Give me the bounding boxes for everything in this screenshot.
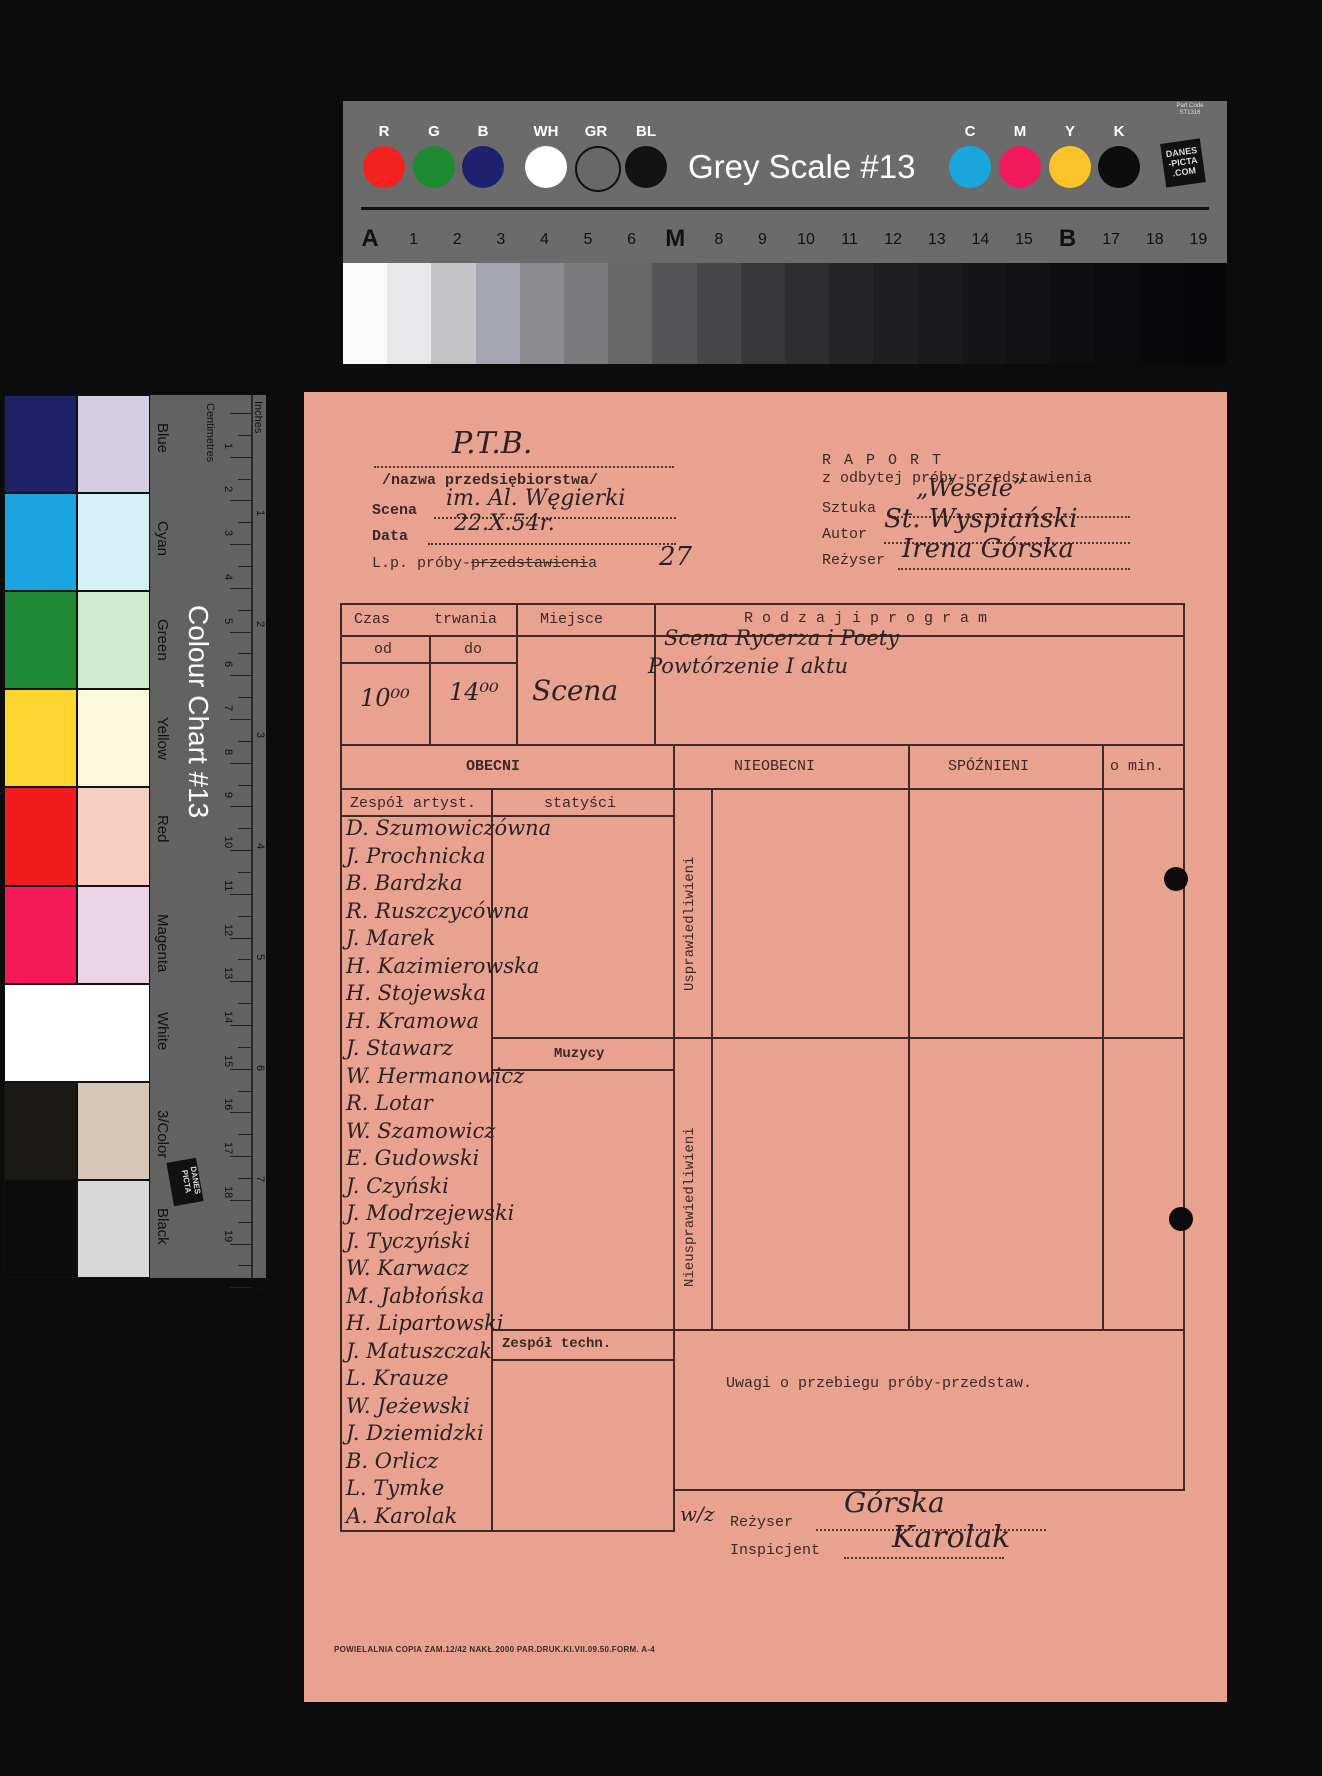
patch-magenta-dark bbox=[4, 886, 77, 984]
patch-cyan-dark bbox=[4, 493, 77, 591]
od-value: 10⁰⁰ bbox=[360, 684, 410, 712]
swatch-c bbox=[949, 146, 991, 188]
grey-patch bbox=[829, 263, 873, 364]
statysci-label: statyści bbox=[544, 795, 616, 812]
sztuka-label: Sztuka bbox=[822, 500, 876, 517]
cast-member: B. Bardzka bbox=[346, 871, 463, 895]
patch-green-light bbox=[77, 591, 150, 689]
rezyser-label: Reżyser bbox=[822, 552, 885, 569]
ruler-tick bbox=[230, 1200, 251, 1201]
print-footer: POWIELALNIA COPIA ZAM.12/42 NAKŁ.2000 PA… bbox=[334, 1645, 655, 1654]
ruler-tick bbox=[238, 1222, 251, 1223]
ruler-tick bbox=[230, 719, 251, 720]
data-label: Data bbox=[372, 528, 408, 545]
nieusprawiedliwieni-label: Nieusprawiedliwieni bbox=[682, 1092, 698, 1322]
cm-mark: 8 bbox=[222, 749, 234, 755]
inch-mark: 5 bbox=[254, 954, 266, 960]
ruler-tick bbox=[238, 435, 251, 436]
grey-patch bbox=[1139, 263, 1183, 364]
grey-patch bbox=[608, 263, 652, 364]
ruler-tick bbox=[238, 1178, 251, 1179]
swatch-label: R bbox=[363, 123, 405, 140]
ruler-tick bbox=[230, 1287, 251, 1288]
scale-label: 13 bbox=[922, 231, 952, 249]
zespol-artyst-label: Zespół artyst. bbox=[350, 795, 476, 812]
swatch-label: BL bbox=[625, 123, 667, 140]
ruler-tick bbox=[230, 413, 251, 414]
cm-mark: 13 bbox=[222, 967, 234, 979]
cm-mark: 7 bbox=[222, 705, 234, 711]
cm-mark: 3 bbox=[222, 530, 234, 536]
swatch-label: Y bbox=[1049, 123, 1091, 140]
cm-mark: 6 bbox=[222, 661, 234, 667]
colour-label: 3/Color bbox=[154, 1110, 171, 1158]
ruler-tick bbox=[230, 1025, 251, 1026]
inch-mark: 3 bbox=[254, 732, 266, 738]
cm-mark: 18 bbox=[222, 1186, 234, 1198]
cast-member: J. Marek bbox=[346, 926, 435, 950]
dotted-line bbox=[374, 466, 674, 468]
cm-mark: 14 bbox=[222, 1011, 234, 1023]
swatch-label: M bbox=[999, 123, 1041, 140]
o-min-label: o min. bbox=[1110, 758, 1164, 775]
part-code: Part Code ST1316 bbox=[1155, 103, 1225, 117]
ruler-tick bbox=[230, 500, 251, 501]
scale-label: M bbox=[660, 225, 690, 253]
units-inches: Inches bbox=[252, 401, 264, 433]
colour-patches bbox=[4, 395, 150, 1278]
lp-label: L.p. próby-przedstawienia bbox=[372, 555, 597, 572]
cm-mark: 19 bbox=[222, 1230, 234, 1242]
cast-member: E. Gudowski bbox=[346, 1146, 479, 1170]
inspicjent-signature-label: Inspicjent bbox=[730, 1542, 820, 1559]
grey-patch bbox=[785, 263, 829, 364]
swatch-bl bbox=[625, 146, 667, 188]
miejsce-label: Miejsce bbox=[540, 611, 603, 628]
scale-label: 14 bbox=[965, 231, 995, 249]
lp-value: 27 bbox=[659, 542, 692, 572]
scale-label: 4 bbox=[529, 231, 559, 249]
swatch-k bbox=[1098, 146, 1140, 188]
ruler-tick bbox=[230, 632, 251, 633]
colour-label: Green bbox=[154, 619, 171, 661]
spoznieni-label: SPÓŹNIENI bbox=[948, 758, 1029, 775]
colour-label: Black bbox=[154, 1208, 171, 1245]
swatch-label: G bbox=[413, 123, 455, 140]
grey-patch bbox=[962, 263, 1006, 364]
cm-mark: 17 bbox=[222, 1142, 234, 1154]
swatch-b bbox=[462, 146, 504, 188]
cast-member: H. Stojewska bbox=[346, 981, 486, 1005]
cast-member: W. Jeżewski bbox=[346, 1394, 470, 1418]
inch-mark: 7 bbox=[254, 1176, 266, 1182]
ruler-tick bbox=[230, 1156, 251, 1157]
swatch-m bbox=[999, 146, 1041, 188]
swatch-label: GR bbox=[575, 123, 617, 140]
cm-mark: 9 bbox=[222, 792, 234, 798]
ruler-tick bbox=[238, 785, 251, 786]
divider-line bbox=[361, 207, 1209, 210]
cast-member: W. Szamowicz bbox=[346, 1119, 495, 1143]
grey-patch bbox=[476, 263, 520, 364]
cm-mark: 10 bbox=[222, 836, 234, 848]
sztuka-value: „Wesele” bbox=[916, 474, 1025, 502]
scale-label: 3 bbox=[486, 231, 516, 249]
uwagi-label: Uwagi o przebiegu próby-przedstaw. bbox=[726, 1375, 1032, 1392]
cast-member: H. Lipartowski bbox=[346, 1311, 504, 1335]
swatch-label: C bbox=[949, 123, 991, 140]
ruler-tick bbox=[230, 806, 251, 807]
grey-patch bbox=[1094, 263, 1138, 364]
grey-patch bbox=[918, 263, 962, 364]
ruler-tick bbox=[238, 610, 251, 611]
cast-member: J. Czyński bbox=[346, 1174, 449, 1198]
ruler-tick bbox=[230, 588, 251, 589]
grey-scale-title: Grey Scale #13 bbox=[688, 148, 915, 186]
ruler-tick bbox=[230, 938, 251, 939]
grey-patch bbox=[431, 263, 475, 364]
patch-yellow-dark bbox=[4, 689, 77, 787]
swatch-label: WH bbox=[525, 123, 567, 140]
cm-mark: 15 bbox=[222, 1055, 234, 1067]
ruler-tick bbox=[238, 872, 251, 873]
cast-member: W. Karwacz bbox=[346, 1256, 469, 1280]
ruler-tick bbox=[238, 959, 251, 960]
grey-patch bbox=[1006, 263, 1050, 364]
patch-3-color-dark bbox=[4, 1082, 77, 1180]
do-value: 14⁰⁰ bbox=[449, 678, 499, 706]
inch-mark: 2 bbox=[254, 621, 266, 627]
ruler-tick bbox=[230, 544, 251, 545]
scale-label: 11 bbox=[835, 231, 865, 249]
cast-member: J. Dziemidzki bbox=[346, 1421, 484, 1445]
ruler-tick bbox=[238, 479, 251, 480]
ruler-tick bbox=[238, 566, 251, 567]
colour-label: White bbox=[154, 1012, 171, 1050]
colour-chart-title: Colour Chart #13 bbox=[182, 605, 214, 818]
grey-patch bbox=[1050, 263, 1094, 364]
units-centimetres: Centimetres bbox=[204, 403, 216, 462]
dotted-line bbox=[898, 568, 1130, 570]
colour-label: Blue bbox=[154, 423, 171, 453]
ruler-tick bbox=[238, 828, 251, 829]
cast-member: J. Modrzejewski bbox=[346, 1201, 514, 1225]
inch-mark: 4 bbox=[254, 843, 266, 849]
swatch-r bbox=[363, 146, 405, 188]
grey-patch bbox=[520, 263, 564, 364]
rehearsal-report-sheet: P.T.B. /nazwa przedsiębiorstwa/ Scena im… bbox=[304, 392, 1227, 1702]
grey-patch bbox=[652, 263, 696, 364]
usprawiedliwieni-label: Usprawiedliwieni bbox=[682, 824, 698, 1024]
company-value: P.T.B. bbox=[452, 426, 532, 461]
scena-value: im. Al. Węgierki bbox=[446, 486, 625, 511]
ruler-tick bbox=[230, 894, 251, 895]
rezyser-signature: Górska bbox=[844, 1486, 945, 1519]
colour-label: Red bbox=[154, 815, 171, 843]
data-value: 22.X.54r. bbox=[454, 511, 555, 536]
scale-label: A bbox=[355, 225, 385, 253]
cast-member: L. Tymke bbox=[346, 1476, 444, 1500]
ruler-tick bbox=[230, 1112, 251, 1113]
program-line-2: Powtórzenie I aktu bbox=[648, 654, 848, 678]
grey-patch bbox=[564, 263, 608, 364]
rezyser-signature-label: Reżyser bbox=[730, 1514, 793, 1531]
scale-label: 9 bbox=[747, 231, 777, 249]
grey-patch bbox=[697, 263, 741, 364]
patch-3-color-light bbox=[77, 1082, 150, 1180]
cm-mark: 12 bbox=[222, 924, 234, 936]
od-label: od bbox=[374, 641, 392, 658]
swatch-label: B bbox=[462, 123, 504, 140]
nieobecni-label: NIEOBECNI bbox=[734, 758, 815, 775]
cast-member: H. Kramowa bbox=[346, 1009, 479, 1033]
swatch-y bbox=[1049, 146, 1091, 188]
ruler-tick bbox=[230, 850, 251, 851]
scale-label: 12 bbox=[878, 231, 908, 249]
scale-label: B bbox=[1053, 225, 1083, 253]
patch-magenta-light bbox=[77, 886, 150, 984]
ruler-tick bbox=[238, 1265, 251, 1266]
scale-label: 2 bbox=[442, 231, 472, 249]
patch-black-dark bbox=[4, 1180, 77, 1278]
ruler-tick bbox=[230, 763, 251, 764]
cast-member: H. Kazimierowska bbox=[346, 954, 539, 978]
czas-label: Czas bbox=[354, 611, 390, 628]
grey-scale-strip bbox=[343, 263, 1227, 364]
cast-member: L. Krauze bbox=[346, 1366, 449, 1390]
ruler-tick bbox=[230, 1244, 251, 1245]
colour-label: Yellow bbox=[154, 717, 171, 760]
autor-label: Autor bbox=[822, 526, 867, 543]
patch-blue-light bbox=[77, 395, 150, 493]
cast-member: W. Hermanowicz bbox=[346, 1064, 524, 1088]
swatch-g bbox=[413, 146, 455, 188]
danes-picta-logo: DANES -PICTA .COM bbox=[1160, 138, 1206, 187]
scale-label: 10 bbox=[791, 231, 821, 249]
scale-label: 6 bbox=[617, 231, 647, 249]
report-title: R A P O R T bbox=[822, 452, 943, 469]
patch-white bbox=[4, 984, 150, 1082]
scale-label: 19 bbox=[1183, 231, 1213, 249]
scale-label: 1 bbox=[399, 231, 429, 249]
punch-hole bbox=[1164, 867, 1188, 891]
muzycy-label: Muzycy bbox=[554, 1046, 604, 1062]
patch-green-dark bbox=[4, 591, 77, 689]
ruler-tick bbox=[238, 522, 251, 523]
cm-mark: 1 bbox=[222, 443, 234, 449]
cast-member: J. Tyczyński bbox=[346, 1229, 470, 1253]
patch-cyan-light bbox=[77, 493, 150, 591]
patch-red-dark bbox=[4, 787, 77, 885]
cast-member: J. Prochnicka bbox=[346, 844, 485, 868]
ruler-tick bbox=[238, 916, 251, 917]
do-label: do bbox=[464, 641, 482, 658]
inch-mark: 1 bbox=[254, 510, 266, 516]
rezyser-value: Irena Górska bbox=[902, 534, 1074, 564]
cm-mark: 5 bbox=[222, 618, 234, 624]
autor-value: St. Wyspiański bbox=[884, 504, 1078, 534]
ruler-tick bbox=[238, 1047, 251, 1048]
ruler-tick bbox=[238, 1091, 251, 1092]
cast-member: J. Stawarz bbox=[346, 1036, 453, 1060]
grey-patch bbox=[387, 263, 431, 364]
cast-member: A. Karolak bbox=[346, 1504, 457, 1528]
obecni-label: OBECNI bbox=[466, 758, 520, 775]
scale-label: 8 bbox=[704, 231, 734, 249]
scale-label: 18 bbox=[1140, 231, 1170, 249]
ruler-edge bbox=[251, 395, 253, 1278]
ruler-tick bbox=[238, 1003, 251, 1004]
cast-member: R. Lotar bbox=[346, 1091, 433, 1115]
patch-blue-dark bbox=[4, 395, 77, 493]
ruler-tick bbox=[230, 1069, 251, 1070]
zespol-techn-label: Zespół techn. bbox=[502, 1336, 611, 1352]
grey-scale-card: RGBWHGRBLCMYK Grey Scale #13 Part Code S… bbox=[343, 101, 1227, 364]
scale-label: 17 bbox=[1096, 231, 1126, 249]
cast-member: R. Ruszczycówna bbox=[346, 899, 529, 923]
swatch-label: K bbox=[1098, 123, 1140, 140]
swatch-gr bbox=[575, 146, 621, 192]
miejsce-value: Scena bbox=[532, 674, 618, 707]
patch-black-light bbox=[77, 1180, 150, 1278]
ruler-tick bbox=[238, 697, 251, 698]
cm-mark: 16 bbox=[222, 1098, 234, 1110]
inch-mark: 6 bbox=[254, 1065, 266, 1071]
swatch-wh bbox=[525, 146, 567, 188]
ruler-tick bbox=[230, 981, 251, 982]
cast-member: J. Matuszczak bbox=[346, 1339, 492, 1363]
cm-mark: 4 bbox=[222, 574, 234, 580]
grey-patch bbox=[1183, 263, 1227, 364]
ruler-tick bbox=[238, 741, 251, 742]
cm-mark: 11 bbox=[222, 880, 234, 891]
grey-patch bbox=[741, 263, 785, 364]
grey-patch bbox=[343, 263, 387, 364]
ruler-tick bbox=[230, 457, 251, 458]
ruler-tick bbox=[238, 653, 251, 654]
colour-label: Magenta bbox=[154, 914, 171, 972]
patch-red-light bbox=[77, 787, 150, 885]
cast-member: B. Orlicz bbox=[346, 1449, 438, 1473]
program-line-1: Scena Rycerza i Poety bbox=[664, 626, 899, 650]
colour-label: Cyan bbox=[154, 521, 171, 556]
signature-prefix: w/z bbox=[680, 1502, 714, 1526]
patch-yellow-light bbox=[77, 689, 150, 787]
inspicjent-signature: Karolak bbox=[892, 1520, 1010, 1555]
scale-label: 15 bbox=[1009, 231, 1039, 249]
dotted-line bbox=[428, 543, 676, 545]
trwania-label: trwania bbox=[434, 611, 497, 628]
rodzaj-label: R o d z a j i p r o g r a m bbox=[744, 610, 987, 627]
cast-member: D. Szumowiczówna bbox=[346, 816, 551, 840]
dotted-line bbox=[844, 1557, 1004, 1559]
colour-chart-card: BlueCyanGreenYellowRedMagentaWhite3/Colo… bbox=[4, 395, 266, 1278]
ruler-tick bbox=[238, 1134, 251, 1135]
grey-patch bbox=[873, 263, 917, 364]
cm-mark: 2 bbox=[222, 486, 234, 492]
scale-label: 5 bbox=[573, 231, 603, 249]
ruler-tick bbox=[230, 675, 251, 676]
punch-hole bbox=[1169, 1207, 1193, 1231]
inch-mark: 8 bbox=[254, 1287, 266, 1293]
scena-label: Scena bbox=[372, 502, 417, 519]
cast-member: M. Jabłońska bbox=[346, 1284, 484, 1308]
